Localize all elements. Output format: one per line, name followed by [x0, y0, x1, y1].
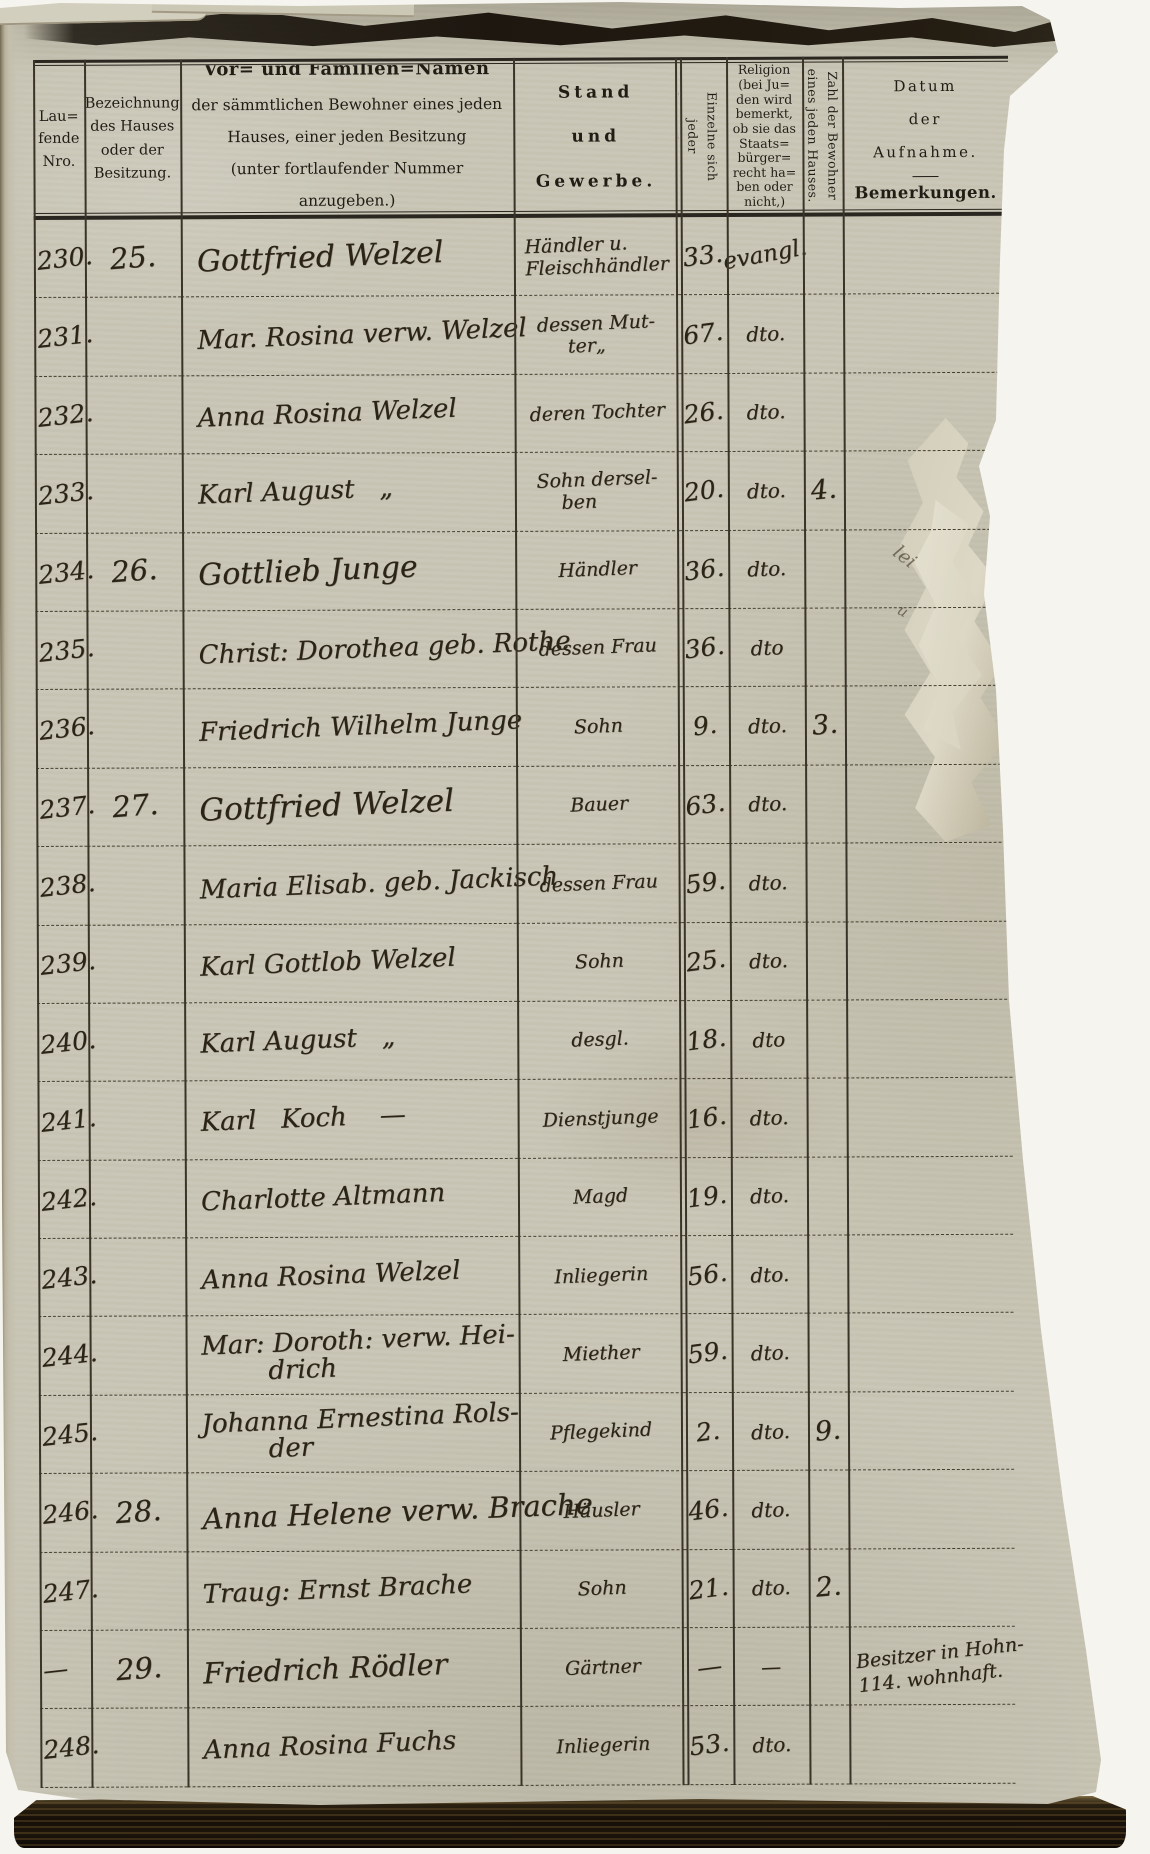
handwritten-rel: dto. [748, 871, 788, 895]
handwritten-name: Mar: Doroth: verw. Hei- drich [201, 1321, 517, 1388]
handwritten-haus: 27. [111, 789, 159, 824]
cell-name: Anna Helene verw. Brache [186, 1472, 519, 1552]
cell-zahl [803, 295, 843, 374]
handwritten-rel: dto. [745, 322, 785, 346]
cell-stand: Inliegerin [518, 1236, 683, 1315]
cell-rem [845, 843, 1011, 922]
handwritten-age: 16. [685, 1102, 728, 1134]
cell-rel: evangl. [727, 217, 803, 296]
handwritten-name: Charlotte Altmann [201, 1180, 446, 1217]
header-divider-dash [913, 176, 939, 177]
cell-stand: Häusler [519, 1471, 684, 1550]
handwritten-stand: Sohn dersel- ben [536, 467, 659, 517]
cell-haus [85, 298, 181, 377]
handwritten-name: Karl August „ [197, 475, 393, 510]
cell-stand: dessen Frau [515, 609, 680, 688]
cell-rel: dto. [729, 844, 805, 923]
handwritten-rel: dto [751, 1028, 785, 1051]
handwritten-rel: dto. [747, 792, 787, 816]
handwritten-haus: 26. [110, 554, 158, 589]
cell-nro: 243. [38, 1239, 89, 1318]
handwritten-name: Gottfried Welzel [196, 237, 444, 278]
handwritten-name: Johanna Ernestina Rols- der [201, 1400, 520, 1467]
header-datum-text: Datum der Aufnahme. [873, 69, 978, 168]
register-table: Lau= fende Nro. Bezeichnung des Hauses o… [33, 56, 1016, 1788]
cell-nro: 233. [35, 455, 86, 534]
handwritten-zahl: 4. [810, 474, 838, 506]
handwritten-name: Karl August „ [200, 1024, 396, 1059]
cell-haus [89, 1317, 185, 1396]
handwritten-rel: dto. [751, 1576, 791, 1600]
cell-stand: Sohn [516, 688, 681, 767]
handwritten-rel: dto. [746, 401, 786, 425]
handwritten-stand: Dienstjunge [542, 1105, 659, 1132]
cell-rel: dto. [728, 452, 804, 531]
cell-stand: Bauer [516, 766, 681, 845]
header-laufende-nro: Lau= fende Nro. [33, 66, 85, 213]
cell-stand: Inliegerin [520, 1707, 685, 1786]
cell-haus: 26. [86, 533, 182, 612]
cell-rem: Besitzer in Hohn- 114. wohnhaft. [849, 1627, 1015, 1706]
cell-age: 20. [680, 452, 728, 531]
cell-zahl [806, 922, 846, 1001]
cell-name: Maria Elisab. geb. Jackisch [183, 845, 516, 925]
handwritten-age: 59. [684, 867, 727, 899]
cell-name: Anna Rosina Welzel [181, 375, 514, 455]
cell-rel: dto. [727, 373, 803, 452]
cell-stand: Sohn dersel- ben [515, 452, 680, 531]
cell-rel: dto. [733, 1549, 809, 1628]
handwritten-age: 21. [687, 1572, 730, 1604]
cell-age: 63. [681, 766, 729, 845]
handwritten-age: 36. [683, 632, 726, 664]
cell-name: Karl August „ [182, 453, 515, 533]
header-datum-aufnahme: Datum der Aufnahme. Bemerkungen. [842, 62, 1009, 210]
header-lebensjahr: Lebensjahr, worin jeder Einzelne sich be… [678, 63, 727, 210]
handwritten-zahl: 2. [814, 1572, 842, 1604]
header-stand-gewerbe: Stand und Gewerbe. [513, 63, 679, 211]
cell-rel: dto. [732, 1471, 808, 1550]
handwritten-stand: desgl. [571, 1028, 629, 1053]
cell-haus [91, 1552, 187, 1631]
cell-haus [89, 1238, 185, 1317]
cell-nro: 239. [37, 925, 88, 1004]
cell-rem [846, 921, 1012, 1000]
handwritten-rel: dto. [750, 1498, 790, 1522]
table-header: Lau= fende Nro. Bezeichnung des Hauses o… [33, 62, 1009, 213]
cell-stand: desgl. [517, 1001, 682, 1080]
cell-rem [846, 1078, 1012, 1157]
handwritten-stand: Sohn [577, 1577, 627, 1601]
cell-rem [848, 1470, 1014, 1549]
handwritten-haus: 28. [114, 1495, 162, 1530]
cell-nro: 247. [40, 1552, 91, 1631]
handwritten-name: Anna Rosina Fuchs [203, 1728, 457, 1765]
header-haus-bezeichnung: Bezeichnung des Hauses oder der Besitzun… [84, 65, 181, 212]
cell-nro: — [40, 1631, 91, 1710]
cell-haus [90, 1395, 186, 1474]
cell-zahl: 2. [809, 1549, 849, 1628]
cell-zahl [807, 1314, 847, 1393]
cell-nro: 234. [35, 533, 86, 612]
cell-rem [847, 1156, 1013, 1235]
cell-age: 26. [679, 374, 727, 453]
handwritten-rel: dto [750, 636, 784, 659]
cell-stand: Magd [518, 1158, 683, 1237]
cell-age: 25. [682, 922, 730, 1001]
cell-nro: 241. [37, 1082, 88, 1161]
cell-zahl [806, 1000, 846, 1079]
cell-name: Gottlieb Junge [182, 531, 515, 611]
handwritten-rel: dto. [747, 714, 787, 738]
handwritten-name: Gottfried Welzel [199, 785, 455, 828]
cell-rem [843, 216, 1009, 295]
cell-name: Karl August „ [184, 1002, 517, 1082]
handwritten-age: 59. [686, 1337, 729, 1369]
cell-rem [849, 1548, 1015, 1627]
cell-stand: dessen Frau [516, 844, 681, 923]
cell-name: Mar. Rosina verw. Welzel [181, 296, 514, 376]
handwritten-age: 36. [683, 553, 726, 585]
cell-haus [87, 846, 183, 925]
cell-nro: 237. [36, 769, 87, 848]
handwritten-rel: dto. [749, 1184, 789, 1208]
handwritten-age: 20. [682, 475, 725, 507]
cell-stand: Sohn [520, 1550, 685, 1629]
handwritten-name: Mar. Rosina verw. Welzel [197, 316, 527, 356]
cell-nro: 244. [38, 1317, 89, 1396]
handwritten-rel: dto. [746, 479, 786, 503]
cell-age: 18. [682, 1001, 730, 1080]
cell-haus: 25. [85, 219, 181, 298]
cell-rel: dto. [730, 922, 806, 1001]
handwritten-age: 63. [684, 788, 727, 820]
cell-name: Traug: Ernst Brache [187, 1551, 520, 1631]
cell-rel: — [733, 1628, 809, 1707]
cell-nro: 242. [38, 1160, 89, 1239]
handwritten-rel: evangl. [721, 236, 809, 276]
handwritten-name: Anna Rosina Welzel [201, 1258, 461, 1295]
cell-haus [88, 1082, 184, 1161]
cell-nro: 246. [39, 1474, 90, 1553]
handwritten-age: 46. [687, 1494, 730, 1526]
cell-age: 36. [680, 531, 728, 610]
cell-rel: dto. [730, 1079, 806, 1158]
cell-rem [848, 1392, 1014, 1471]
handwritten-name: Gottlieb Junge [198, 551, 419, 591]
cell-haus: 27. [87, 768, 183, 847]
cell-zahl [804, 608, 844, 687]
handwritten-stand: Händler [558, 557, 638, 582]
cell-haus: 28. [90, 1474, 186, 1553]
cell-name: Johanna Ernestina Rols- der [186, 1394, 519, 1474]
cell-age: 16. [682, 1079, 730, 1158]
cell-rel: dto. [729, 687, 805, 766]
handwritten-age: 2. [694, 1416, 721, 1446]
cell-nro: 238. [36, 847, 87, 926]
handwritten-rel: dto. [751, 1733, 791, 1757]
handwritten-name: Anna Rosina Welzel [197, 395, 457, 432]
cell-nro: 236. [36, 690, 87, 769]
handwritten-stand: Sohn [575, 950, 625, 974]
cell-age: 19. [683, 1158, 731, 1237]
cell-nro: 245. [39, 1396, 90, 1475]
cell-age: 21. [685, 1550, 733, 1629]
handwritten-rem: Besitzer in Hohn- 114. wohnhaft. [855, 1633, 1027, 1699]
cell-rel: dto. [731, 1236, 807, 1315]
cell-stand: Miether [518, 1315, 683, 1394]
handwritten-stand: Inliegerin [555, 1733, 650, 1759]
cell-name: Anna Rosina Fuchs [187, 1707, 520, 1787]
handwritten-stand: dessen Frau [540, 870, 659, 897]
cell-age: 36. [680, 609, 728, 688]
handwritten-stand: Gärtner [564, 1655, 641, 1680]
cell-stand: deren Tochter [514, 374, 679, 453]
cell-haus [85, 376, 181, 455]
cell-rel: dto. [731, 1314, 807, 1393]
cell-haus [87, 690, 183, 769]
handwritten-zahl: 9. [814, 1415, 842, 1447]
handwritten-rel: dto. [750, 1341, 790, 1365]
handwritten-age: 53. [688, 1729, 731, 1761]
cell-stand: Pflegekind [519, 1393, 684, 1472]
cell-rel: dto. [732, 1392, 808, 1471]
cell-name: Karl Gottlob Welzel [184, 923, 517, 1003]
cell-age: 53. [685, 1706, 733, 1785]
header-namen-sub: der sämmtlichen Bewohner eines jeden Hau… [180, 89, 514, 212]
handwritten-stand: dessen Frau [539, 635, 658, 662]
cell-stand: Sohn [517, 923, 682, 1002]
cell-zahl: 9. [808, 1392, 848, 1471]
cell-zahl [806, 1079, 846, 1158]
cell-age: 46. [684, 1471, 732, 1550]
handwritten-age: 25. [684, 945, 727, 977]
cell-zahl [803, 216, 843, 295]
cell-haus [86, 611, 182, 690]
cell-name: Mar: Doroth: verw. Hei- drich [185, 1315, 518, 1395]
cell-name: Anna Rosina Welzel [185, 1237, 518, 1317]
cell-name: Karl Koch — [184, 1080, 517, 1160]
cell-stand: Händler [515, 531, 680, 610]
cell-zahl [809, 1706, 849, 1785]
cell-zahl [807, 1236, 847, 1315]
cell-name: Friedrich Rödler [187, 1629, 520, 1709]
cell-rem [844, 451, 1010, 530]
cell-zahl: 4. [804, 452, 844, 531]
cell-name: Gottfried Welzel [181, 218, 514, 298]
cell-rem [843, 373, 1009, 452]
cell-nro: 248. [40, 1709, 91, 1788]
cell-haus [88, 925, 184, 1004]
header-bemerkungen: Bemerkungen. [854, 182, 996, 202]
cell-name: Gottfried Welzel [183, 767, 516, 847]
handwritten-age: 26. [682, 396, 725, 428]
cell-zahl [805, 765, 845, 844]
cell-name: Christ: Dorothea geb. Rothe [182, 610, 515, 690]
handwritten-name: Karl Gottlob Welzel [200, 944, 457, 981]
cell-haus [91, 1709, 187, 1788]
cell-age: 67. [679, 295, 727, 374]
cell-age: 33. [679, 217, 727, 296]
handwritten-stand: Bauer [569, 793, 628, 818]
cell-age: 9. [681, 687, 729, 766]
handwritten-age: 19. [685, 1180, 728, 1212]
cell-nro: 230. [34, 220, 85, 299]
handwritten-name: Maria Elisab. geb. Jackisch [199, 864, 558, 905]
cell-rem [846, 1000, 1012, 1079]
cell-zahl [807, 1157, 847, 1236]
handwritten-age: 67. [682, 318, 725, 350]
cell-zahl: 3. [805, 687, 845, 766]
handwritten-rel: dto. [749, 1263, 789, 1287]
handwritten-name: Karl Koch — [200, 1102, 406, 1137]
cell-name: Friedrich Wilhelm Junge [183, 688, 516, 768]
header-namen: Vor= und Familien=Namen der sämmtlichen … [180, 64, 514, 212]
cell-age: 59. [683, 1314, 731, 1393]
handwritten-rel: dto. [750, 1420, 790, 1444]
cell-rem [849, 1705, 1015, 1784]
handwritten-stand: Magd [572, 1185, 628, 1210]
handwritten-stand: Sohn [574, 714, 624, 738]
cell-age: — [685, 1628, 733, 1707]
handwritten-nro: — [42, 1655, 70, 1685]
cell-age: 56. [683, 1236, 731, 1315]
handwritten-haus: 29. [115, 1652, 163, 1687]
cell-stand: dessen Mut- ter„ [514, 296, 679, 375]
cell-zahl [804, 530, 844, 609]
cell-name: Charlotte Altmann [185, 1159, 518, 1239]
header-religion: Religion (bei Ju= den wird bemerkt, ob s… [726, 63, 803, 210]
handwritten-stand: deren Tochter [529, 399, 665, 427]
handwritten-age: — [695, 1652, 723, 1682]
cell-stand: Dienstjunge [517, 1079, 682, 1158]
cell-nro: 231. [34, 298, 85, 377]
book-bottom-edge [14, 1796, 1126, 1848]
handwritten-stand: Häusler [563, 1498, 640, 1523]
cell-haus: 29. [91, 1630, 187, 1709]
cell-rem [847, 1313, 1013, 1392]
cell-rem [847, 1235, 1013, 1314]
cell-haus [88, 1003, 184, 1082]
cell-rel: dto [728, 609, 804, 688]
cell-zahl [809, 1627, 849, 1706]
handwritten-stand: dessen Mut- ter„ [537, 310, 657, 359]
cell-age: 59. [681, 844, 729, 923]
cell-age: 2. [684, 1393, 732, 1472]
handwritten-rel: dto. [749, 1106, 789, 1130]
cell-rel: dto. [733, 1706, 809, 1785]
handwritten-rel: dto. [748, 949, 788, 973]
handwritten-haus: 25. [109, 241, 157, 276]
cell-rem [844, 529, 1010, 608]
handwritten-rel: — [761, 1655, 782, 1678]
header-namen-title: Vor= und Familien=Namen [203, 64, 489, 81]
cell-rel: dto. [731, 1157, 807, 1236]
handwritten-age: 33. [681, 240, 724, 272]
handwritten-stand: Inliegerin [553, 1262, 648, 1288]
handwritten-zahl: 3. [811, 710, 839, 742]
handwritten-stand: Händler u. Fleischhändler [524, 231, 669, 281]
cell-zahl [808, 1471, 848, 1550]
cell-rem [845, 686, 1011, 765]
cell-rel: dto. [728, 530, 804, 609]
cell-rel: dto. [727, 295, 803, 374]
handwritten-stand: Pflegekind [550, 1419, 653, 1445]
document-page: lei u Lau= fende Nro. Bezeichnung des Ha… [0, 0, 1150, 1808]
handwritten-age: 56. [686, 1259, 729, 1291]
cell-rem [843, 294, 1009, 373]
cell-haus [86, 455, 182, 534]
cell-nro: 232. [34, 377, 85, 456]
cell-nro: 240. [37, 1004, 88, 1083]
cell-stand: Gärtner [520, 1628, 685, 1707]
table-body: 230.25.Gottfried WelzelHändler u. Fleisc… [34, 216, 1016, 1788]
cell-haus [89, 1160, 185, 1239]
cell-stand: Händler u. Fleischhändler [514, 217, 679, 296]
handwritten-name: Traug: Ernst Brache [202, 1571, 472, 1609]
handwritten-name: Friedrich Rödler [203, 1648, 448, 1688]
cell-zahl [803, 373, 843, 452]
cell-rem [845, 764, 1011, 843]
cell-nro: 235. [35, 612, 86, 691]
handwritten-age: 18. [685, 1024, 728, 1056]
handwritten-age: 9. [691, 711, 718, 741]
cell-rem [844, 608, 1010, 687]
handwritten-name: Friedrich Wilhelm Junge [199, 708, 523, 748]
header-zahl-bewohner: Zahl der Bewohner eines jeden Hauses. [802, 62, 843, 209]
cell-rel: dto [730, 1001, 806, 1080]
handwritten-rel: dto. [746, 557, 786, 581]
cell-rel: dto. [729, 765, 805, 844]
handwritten-stand: Miether [562, 1341, 640, 1366]
cell-zahl [805, 844, 845, 923]
